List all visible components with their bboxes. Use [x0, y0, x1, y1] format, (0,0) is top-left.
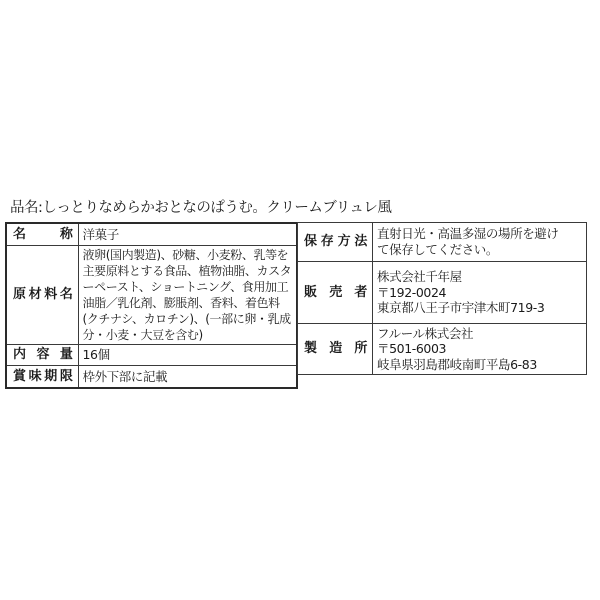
label-storage: 保存方法: [298, 223, 373, 262]
manufacturer-address: 岐阜県羽島郡岐南町平島6-83: [377, 357, 582, 373]
value-seller: 株式会社千年屋 〒192-0024 東京都八王子市宇津木町719-3: [373, 262, 587, 324]
label-ingredients: 原材料名: [6, 246, 78, 345]
table-row-storage: 保存方法 直射日光・高温多湿の場所を避け て保存してください。: [298, 223, 587, 262]
value-storage: 直射日光・高温多湿の場所を避け て保存してください。: [373, 223, 587, 262]
product-name-heading: 品名:しっとりなめらかおとなのぱうむ。クリームブリュレ風: [10, 199, 391, 217]
value-ingredients: 液卵(国内製造)、砂糖、小麦粉、乳等を主要原料とする食品、植物油脂、カスターペー…: [78, 246, 297, 345]
product-info-table: 名 称 洋菓子 原材料名 液卵(国内製造)、砂糖、小麦粉、乳等を主要原料とする食…: [5, 222, 298, 389]
seller-company: 株式会社千年屋: [377, 269, 582, 285]
storage-line-2: て保存してください。: [377, 242, 582, 258]
table-row-ingredients: 原材料名 液卵(国内製造)、砂糖、小麦粉、乳等を主要原料とする食品、植物油脂、カ…: [6, 246, 297, 345]
label-manufacturer: 製造所: [298, 324, 373, 375]
value-best-before: 枠外下部に記載: [78, 366, 297, 389]
seller-address: 東京都八王子市宇津木町719-3: [377, 300, 582, 316]
label-seller: 販売者: [298, 262, 373, 324]
table-row-name: 名 称 洋菓子: [6, 223, 297, 246]
table-row-best-before: 賞味期限 枠外下部に記載: [6, 366, 297, 389]
seller-postal-code: 〒192-0024: [377, 285, 582, 301]
company-info-table: 保存方法 直射日光・高温多湿の場所を避け て保存してください。 販売者 株式会社…: [297, 222, 587, 375]
value-quantity: 16個: [78, 345, 297, 366]
manufacturer-postal-code: 〒501-6003: [377, 341, 582, 357]
value-name: 洋菓子: [78, 223, 297, 246]
storage-line-1: 直射日光・高温多湿の場所を避け: [377, 226, 582, 242]
label-quantity: 内容量: [6, 345, 78, 366]
table-row-manufacturer: 製造所 フルール株式会社 〒501-6003 岐阜県羽島郡岐南町平島6-83: [298, 324, 587, 375]
value-manufacturer: フルール株式会社 〒501-6003 岐阜県羽島郡岐南町平島6-83: [373, 324, 587, 375]
table-row-quantity: 内容量 16個: [6, 345, 297, 366]
table-row-seller: 販売者 株式会社千年屋 〒192-0024 東京都八王子市宇津木町719-3: [298, 262, 587, 324]
label-name: 名 称: [6, 223, 78, 246]
manufacturer-company: フルール株式会社: [377, 326, 582, 342]
label-best-before: 賞味期限: [6, 366, 78, 389]
